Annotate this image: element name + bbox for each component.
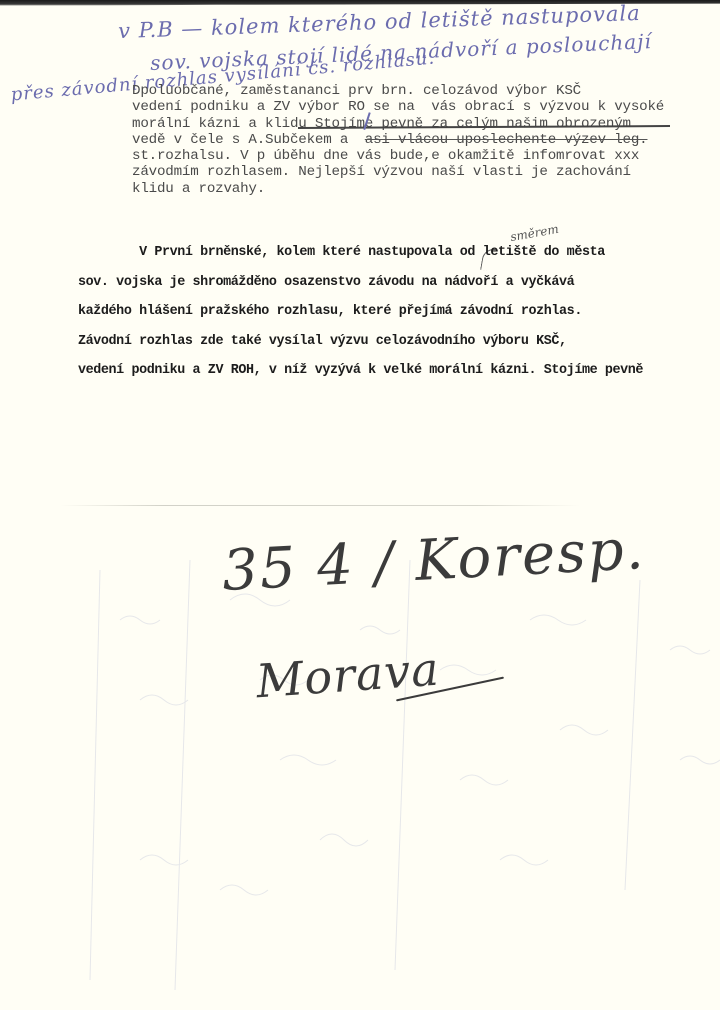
archive-note-line-1: 35 4 / Koresp. (221, 517, 647, 604)
typed-paragraph: Dpoluobčané, zaměstananci prv brn. celoz… (132, 83, 664, 197)
archive-note-line-2: Morava (254, 642, 441, 709)
bold-line: Závodní rozhlas zde také vysílal výzvu c… (78, 332, 643, 362)
document-page: v P.B — kolem kterého od letiště nastupo… (0, 0, 720, 1010)
typed-line: klidu a rozvahy. (132, 181, 664, 197)
typed-line-with-strike: vedě v čele s A.Subčekem a asi vlácou up… (132, 132, 664, 148)
bold-line: sov. vojska je shromážděno osazenstvo zá… (78, 273, 643, 303)
bold-line: vedení podniku a ZV ROH, v níž vyzývá k … (78, 361, 643, 391)
paper-fold-line (60, 505, 580, 506)
typed-line: Dpoluobčané, zaměstananci prv brn. celoz… (132, 83, 664, 99)
handwritten-insertion: směrem (509, 222, 560, 244)
struck-text: asi vlácou uposlechente výzev leg. (365, 132, 648, 148)
bleed-through-handwriting (80, 560, 720, 990)
typed-line: morální kázni a klidu Stojíme pevně za c… (132, 116, 664, 132)
typed-line: závodmím rozhlasem. Nejlepší výzvou naší… (132, 164, 664, 180)
bold-line: V První brněnské, kolem které nastupoval… (78, 243, 643, 273)
typed-line: vedení podniku a ZV výbor RO se na vás o… (132, 99, 664, 115)
bold-typed-paragraph: V První brněnské, kolem které nastupoval… (78, 243, 643, 391)
typed-line: st.rozhalsu. V p úběhu dne vás bude,e ok… (132, 148, 664, 164)
bold-line: každého hlášení pražského rozhlasu, kter… (78, 302, 643, 332)
